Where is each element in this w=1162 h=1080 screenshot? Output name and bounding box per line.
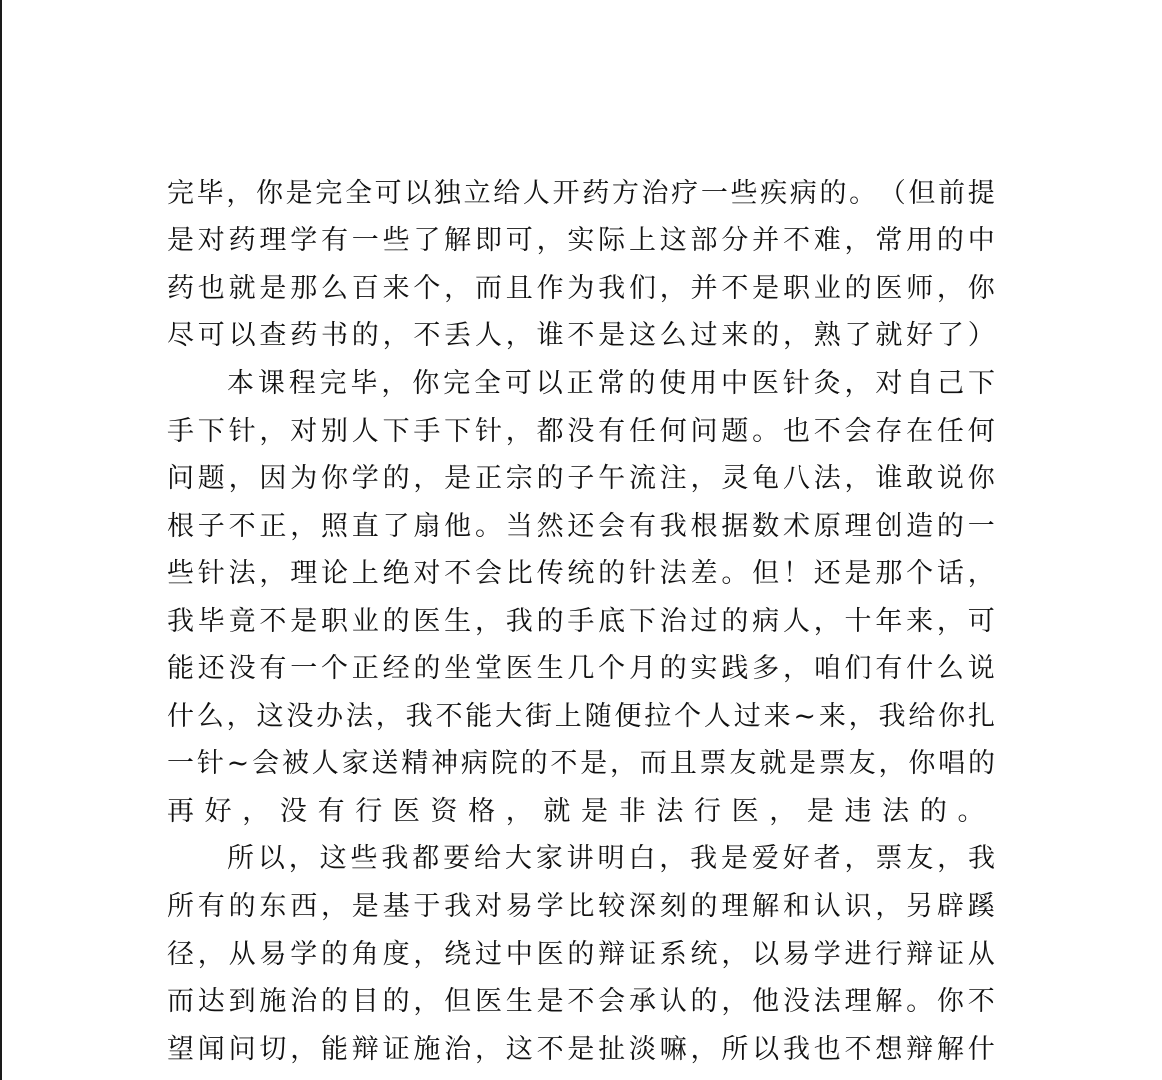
text-line: 本课程完毕，你完全可以正常的使用中医针灸，对自己下 [167, 360, 995, 408]
document-page: 完毕，你是完全可以独立给人开药方治疗一些疾病的。（但前提 是对药理学有一些了解即… [167, 170, 995, 1073]
text-line: 根子不正，照直了扇他。当然还会有我根据数术原理创造的一 [167, 503, 995, 551]
text-line: 问题，因为你学的，是正宗的子午流注，灵龟八法，谁敢说你 [167, 455, 995, 503]
text-line: 完毕，你是完全可以独立给人开药方治疗一些疾病的。（但前提 [167, 170, 995, 218]
text-line: 所以，这些我都要给大家讲明白，我是爱好者，票友，我 [167, 836, 995, 884]
text-line: 望闻问切，能辩证施治，这不是扯淡嘛，所以我也不想辩解什 [167, 1026, 995, 1074]
text-line: 能还没有一个正经的坐堂医生几个月的实践多，咱们有什么说 [167, 645, 995, 693]
text-line: 手下针，对别人下手下针，都没有任何问题。也不会存在任何 [167, 408, 995, 456]
text-line: 是对药理学有一些了解即可，实际上这部分并不难，常用的中 [167, 218, 995, 266]
text-line: 而达到施治的目的，但医生是不会承认的，他没法理解。你不 [167, 978, 995, 1026]
text-line: 什么，这没办法，我不能大街上随便拉个人过来~来，我给你扎 [167, 693, 995, 741]
text-line: 我毕竟不是职业的医生，我的手底下治过的病人，十年来，可 [167, 598, 995, 646]
text-line: 一针~会被人家送精神病院的不是，而且票友就是票友，你唱的 [167, 741, 995, 789]
text-line: 药也就是那么百来个，而且作为我们，并不是职业的医师，你 [167, 265, 995, 313]
text-line: 些针法，理论上绝对不会比传统的针法差。但！还是那个话， [167, 550, 995, 598]
text-line: 再好，没有行医资格，就是非法行医，是违法的。 [167, 788, 995, 836]
page-left-border [0, 0, 2, 1080]
text-line: 尽可以查药书的，不丢人，谁不是这么过来的，熟了就好了） [167, 313, 995, 361]
text-line: 径，从易学的角度，绕过中医的辩证系统，以易学进行辩证从 [167, 931, 995, 979]
text-line: 所有的东西，是基于我对易学比较深刻的理解和认识，另辟蹊 [167, 883, 995, 931]
